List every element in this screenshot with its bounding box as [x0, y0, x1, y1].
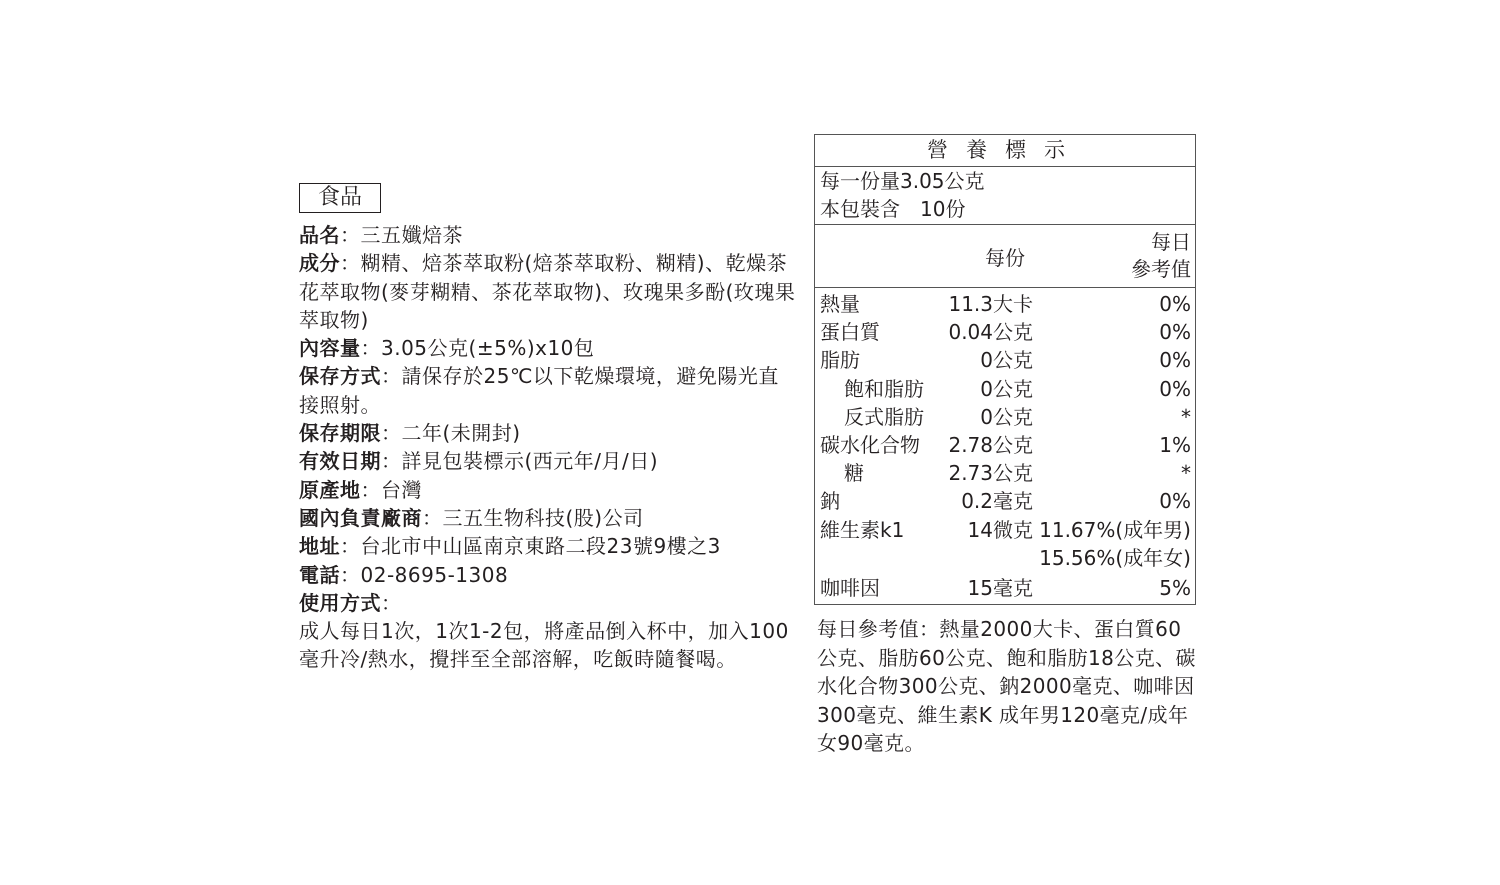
field-shelf-life: 保存期限：二年(未開封) — [299, 419, 799, 447]
nutrient-row-saturated-fat: 飽和脂肪0公克0% — [815, 375, 1195, 403]
field-usage-text: 成人每日1次，1次1-2包，將產品倒入杯中，加入100毫升冷/熱水，攪拌至全部溶… — [299, 617, 799, 674]
product-info: 食品 品名：三五孅焙茶 成分：糊精、焙茶萃取粉(焙茶萃取粉、糊精)、乾燥茶花萃取… — [299, 183, 799, 674]
nutrient-row-energy: 熱量11.3大卡0% — [815, 290, 1195, 318]
nutrient-row-trans-fat: 反式脂肪0公克* — [815, 403, 1195, 431]
daily-value-header: 每日 參考值 — [1131, 229, 1191, 283]
field-storage: 保存方式：請保存於25℃以下乾燥環境，避免陽光直接照射。 — [299, 362, 799, 419]
field-ingredients: 成分：糊精、焙茶萃取粉(焙茶萃取粉、糊精)、乾燥茶花萃取物(麥芽糊精、茶花萃取物… — [299, 249, 799, 334]
serving-info: 每一份量3.05公克 本包裝含 10份 — [815, 167, 1195, 225]
nutrition-rows: 熱量11.3大卡0% 蛋白質0.04公克0% 脂肪0公克0% 飽和脂肪0公克0%… — [815, 288, 1195, 602]
nutrient-row-carbohydrate: 碳水化合物2.78公克1% — [815, 431, 1195, 459]
nutrition-header: 每份 每日 參考值 — [815, 225, 1195, 288]
field-phone: 電話：02-8695-1308 — [299, 561, 799, 589]
nutrient-row-fat: 脂肪0公克0% — [815, 346, 1195, 374]
field-origin: 原產地：台灣 — [299, 476, 799, 504]
nutrient-row-protein: 蛋白質0.04公克0% — [815, 318, 1195, 346]
servings-per-package: 本包裝含 10份 — [820, 195, 1195, 223]
field-product-name: 品名：三五孅焙茶 — [299, 221, 799, 249]
nutrient-row-vitamin-k1: 維生素k114微克11.67%(成年男)15.56%(成年女) — [815, 516, 1195, 572]
field-net-content: 內容量：3.05公克(±5%)x10包 — [299, 334, 799, 362]
food-category-tag: 食品 — [299, 183, 381, 213]
serving-size: 每一份量3.05公克 — [820, 167, 1195, 195]
product-fields: 品名：三五孅焙茶 成分：糊精、焙茶萃取粉(焙茶萃取粉、糊精)、乾燥茶花萃取物(麥… — [299, 221, 799, 674]
nutrient-row-sodium: 鈉0.2毫克0% — [815, 487, 1195, 515]
per-serving-header: 每份 — [985, 242, 1025, 271]
field-address: 地址：台北市中山區南京東路二段23號9樓之3 — [299, 532, 799, 560]
nutrition-table: 營養標示 每一份量3.05公克 本包裝含 10份 每份 每日 參考值 熱量11.… — [814, 134, 1196, 605]
field-manufacturer: 國內負責廠商：三五生物科技(股)公司 — [299, 504, 799, 532]
field-expiry: 有效日期：詳見包裝標示(西元年/月/日) — [299, 447, 799, 475]
daily-value-note: 每日參考值：熱量2000大卡、蛋白質60公克、脂肪60公克、飽和脂肪18公克、碳… — [817, 615, 1197, 758]
field-usage-label: 使用方式： — [299, 589, 799, 617]
nutrition-title: 營養標示 — [815, 135, 1195, 167]
nutrient-row-sugar: 糖2.73公克* — [815, 459, 1195, 487]
nutrient-row-caffeine: 咖啡因15毫克5% — [815, 574, 1195, 602]
